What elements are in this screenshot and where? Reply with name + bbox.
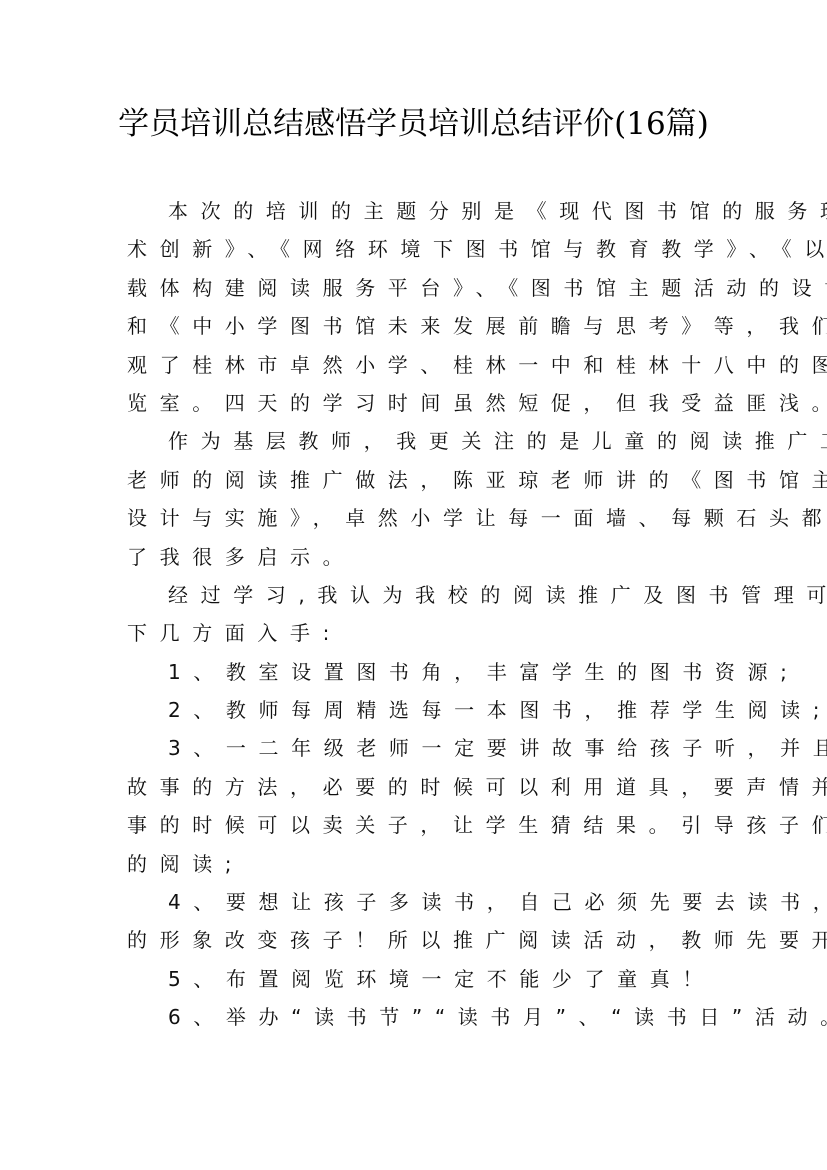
text-line: 设计与实施》，卓然小学让每一面墙、每颗石头都会说话给 (127, 499, 727, 537)
text-line: 观了桂林市卓然小学、桂林一中和桂林十八中的图书室，阅 (127, 346, 727, 384)
text-line: 览室。四天的学习时间虽然短促，但我受益匪浅。 (127, 384, 727, 422)
text-line: 3、一二年级老师一定要讲故事给孩子听，并且注意讲 (127, 729, 727, 767)
text-line: 和《中小学图书馆未来发展前瞻与思考》等，我们还有幸参 (127, 307, 727, 345)
text-line: 老师的阅读推广做法，陈亚琼老师讲的《图书馆主题活动的 (127, 461, 727, 499)
text-line: 术创新》、《网络环境下图书馆与教育教学》、《以图书馆为 (127, 230, 727, 268)
text-line: 载体构建阅读服务平台》、《图书馆主题活动的设计与实施》 (127, 269, 727, 307)
text-line: 故事的方法，必要的时候可以利用道具，要声情并茂！讲故 (127, 768, 727, 806)
document-page: 学员培训总结感悟学员培训总结评价(16篇) 本次的培训的主题分别是《现代图书馆的… (0, 0, 827, 1170)
document-body: 本次的培训的主题分别是《现代图书馆的服务理念与技术创新》、《网络环境下图书馆与教… (127, 192, 727, 1037)
text-line: 作为基层教师，我更关注的是儿童的阅读推广工作。申 (127, 422, 727, 460)
text-line: 6、举办“读书节”“读书月”、“读书日”活动。图书馆 (127, 998, 727, 1036)
text-line: 的形象改变孩子！所以推广阅读活动，教师先要开始阅读！ (127, 921, 727, 959)
text-line: 5、布置阅览环境一定不能少了童真！ (127, 960, 727, 998)
text-line: 4、要想让孩子多读书，自己必须先要去读书，让自己 (127, 883, 727, 921)
text-line: 2、教师每周精选每一本图书，推荐学生阅读; (127, 691, 727, 729)
text-line: 事的时候可以卖关子，让学生猜结果。引导孩子们进入文本 (127, 806, 727, 844)
text-line: 的阅读; (127, 845, 727, 883)
text-line: 1、教室设置图书角，丰富学生的图书资源; (127, 653, 727, 691)
document-title: 学员培训总结感悟学员培训总结评价(16篇) (0, 100, 827, 148)
text-line: 下几方面入手: (127, 614, 727, 652)
text-line: 了我很多启示。 (127, 538, 727, 576)
text-line: 经过学习,我认为我校的阅读推广及图书管理可以从以 (127, 576, 727, 614)
text-line: 本次的培训的主题分别是《现代图书馆的服务理念与技 (127, 192, 727, 230)
